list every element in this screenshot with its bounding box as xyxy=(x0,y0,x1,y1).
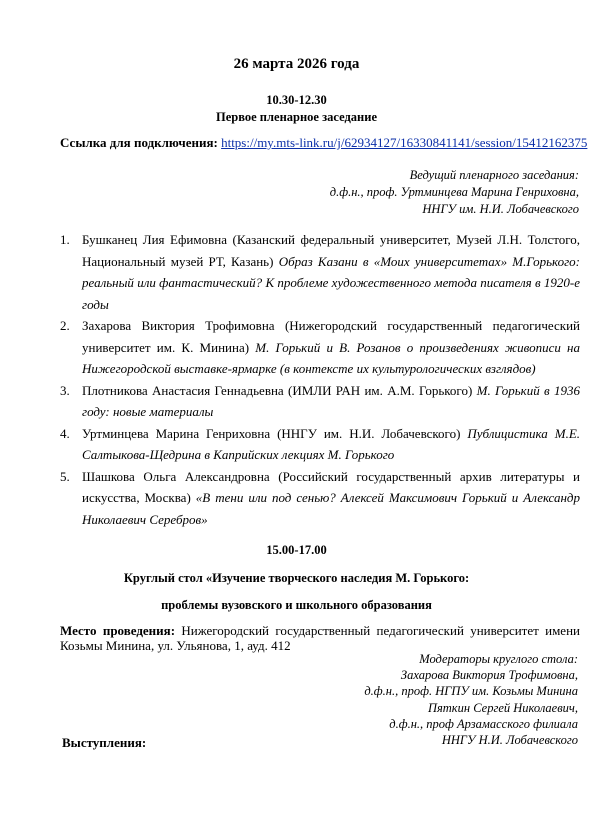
chair-heading: Ведущий пленарного заседания: xyxy=(330,167,579,184)
list-item: 2. Захарова Виктория Трофимовна (Нижегор… xyxy=(60,315,580,380)
connection-link[interactable]: https://my.mts-link.ru/j/62934127/163308… xyxy=(221,135,587,150)
connection-link-line: Ссылка для подключения: https://my.mts-l… xyxy=(60,135,590,151)
speaker-author: Уртминцева Марина Генриховна (ННГУ им. Н… xyxy=(82,426,460,441)
moderator-2-affiliation-line2: ННГУ Н.И. Лобачевского xyxy=(364,732,578,748)
roundtable-moderators-block: Модераторы круглого стола: Захарова Викт… xyxy=(364,651,578,748)
plenary-time: 10.30-12.30 xyxy=(0,93,593,108)
item-number: 5. xyxy=(60,466,70,488)
roundtable-title-line1: Круглый стол «Изучение творческого насле… xyxy=(0,571,593,586)
chair-affiliation: ННГУ им. Н.И. Лобачевского xyxy=(330,201,579,218)
list-item: 5. Шашкова Ольга Александровна (Российск… xyxy=(60,466,580,531)
roundtable-time: 15.00-17.00 xyxy=(0,543,593,558)
plenary-title: Первое пленарное заседание xyxy=(0,110,593,125)
plenary-chair-block: Ведущий пленарного заседания: д.ф.н., пр… xyxy=(330,167,579,218)
item-number: 2. xyxy=(60,315,70,337)
item-number: 1. xyxy=(60,229,70,251)
item-number: 3. xyxy=(60,380,70,402)
list-item: 3. Плотникова Анастасия Геннадьевна (ИМЛ… xyxy=(60,380,580,423)
venue-label: Место проведения: xyxy=(60,623,175,638)
speaker-author: Плотникова Анастасия Геннадьевна (ИМЛИ Р… xyxy=(82,383,472,398)
list-item: 1. Бушканец Лия Ефимовна (Казанский феде… xyxy=(60,229,580,315)
roundtable-venue: Место проведения: Нижегородский государс… xyxy=(60,623,580,653)
moderator-2-affiliation-line1: д.ф.н., проф Арзамасского филиала xyxy=(364,716,578,732)
talks-heading: Выступления: xyxy=(62,735,146,751)
plenary-speakers-list: 1. Бушканец Лия Ефимовна (Казанский феде… xyxy=(60,229,580,530)
moderator-1-affiliation: д.ф.н., проф. НГПУ им. Козьмы Минина xyxy=(364,683,578,699)
item-number: 4. xyxy=(60,423,70,445)
list-item: 4. Уртминцева Марина Генриховна (ННГУ им… xyxy=(60,423,580,466)
connection-link-label: Ссылка для подключения: xyxy=(60,135,218,150)
page-date-heading: 26 марта 2026 года xyxy=(0,56,593,73)
roundtable-title-line2: проблемы вузовского и школьного образова… xyxy=(0,598,593,613)
chair-name: д.ф.н., проф. Уртминцева Марина Генрихов… xyxy=(330,184,579,201)
moderator-2-name: Пяткин Сергей Николаевич, xyxy=(364,700,578,716)
moderators-heading: Модераторы круглого стола: xyxy=(364,651,578,667)
moderator-1-name: Захарова Виктория Трофимовна, xyxy=(364,667,578,683)
